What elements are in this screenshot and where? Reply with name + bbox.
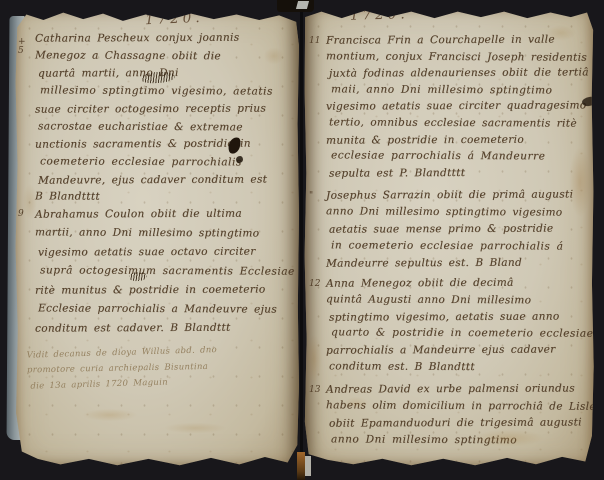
manuscript-line: Mandeuvre, ejus cadaver conditum est — [38, 171, 293, 190]
page-year: 1720. — [145, 10, 204, 29]
book-gutter — [300, 6, 303, 474]
paper-stain — [75, 407, 145, 423]
manuscript-line: tertio, omnibus ecclesiae sacramentis ri… — [329, 114, 590, 132]
page-year: 1720. — [350, 6, 409, 24]
ink-blot — [581, 96, 596, 107]
entry-lines: Francisca Frin a Courchapelle in vallemo… — [326, 32, 590, 181]
entry-lines: Abrahamus Coulon obiit die ultimamartii,… — [35, 205, 293, 338]
manuscript-line: anno Dni millesimo sptingtimo vigesimo — [326, 203, 590, 221]
manuscript-line: Mandeurre sepultus est. B Bland — [326, 254, 590, 272]
register-entry: + 5 Catharina Pescheux conjux joannisMen… — [19, 30, 293, 207]
left-page: 1720. + 5 Catharina Pescheux conjux joan… — [15, 9, 299, 468]
manuscript-line: parrochialis a Mandeurre ejus cadaver — [326, 342, 590, 360]
manuscript-line: montium, conjux Francisci Joseph residen… — [326, 48, 590, 66]
manuscript-line: quarto & postridie in coemeterio ecclesi… — [331, 325, 590, 343]
entry-margin-mark: 12 — [309, 280, 322, 289]
paper-stain — [21, 179, 39, 225]
manuscript-line: juxtà fodinas aldenaurienses obiit die t… — [329, 65, 590, 83]
manuscript-line: obiit Epamanduoduri die trigesimâ august… — [329, 414, 590, 432]
manuscript-line: quintâ Augusti anno Dni millesimo — [326, 291, 590, 309]
manuscript-line: Anna Menegoz obiit die decimâ — [326, 274, 590, 292]
manuscript-line: ecclesiae parrochialis á Mandeurre — [331, 147, 590, 165]
manuscript-line: martii, anno Dni millesimo sptingtimo — [35, 223, 293, 243]
manuscript-line: maii, anno Dni millesimo sptingtimo — [331, 81, 590, 99]
manuscript-line: in coemeterio ecclesiae parrochialis á — [331, 237, 590, 255]
register-entry: 11 Francisca Frin a Courchapelle in vall… — [310, 32, 590, 181]
entry-lines: Anna Menegoz obiit die decimâquintâ Augu… — [326, 275, 590, 376]
manuscript-line: unctionis sacramentis & postridie in — [35, 136, 293, 155]
manuscript-line: suprâ octogesimum sacramentis Ecclesiae — [40, 261, 293, 281]
manuscript-line: Menegoz a Chassagne obiit die — [35, 47, 293, 66]
manuscript-line: sacrostae eucharistiae & extremae — [38, 118, 293, 137]
manuscript-line: sptingtimo vigesimo, aetatis suae anno — [329, 308, 590, 326]
entry-lines: Josephus Sarrazin obiit die primâ august… — [326, 187, 590, 272]
paper-stain — [542, 23, 580, 43]
manuscript-line: conditum est. B Blandttt — [329, 358, 590, 376]
binding-bottom-fragment — [297, 452, 305, 480]
manuscript-line: munita & postridie in coemeterio — [326, 131, 590, 149]
manuscript-line: coemeterio ecclesiae parrochialis — [40, 153, 293, 172]
manuscript-line: ritè munitus & postridie in coemeterio — [35, 280, 293, 300]
binding-bottom-clasp — [305, 456, 311, 476]
right-page: 1720. 11 Francisca Frin a Courchapelle i… — [304, 7, 594, 468]
manuscript-line: Ecclesiae parrochialis a Mandeuvre ejus — [38, 299, 293, 319]
manuscript-line: vigesimo aetatis suae octavo circiter — [38, 242, 293, 262]
manuscript-line: vigesimo aetatis suae circiter quadrages… — [326, 98, 590, 116]
entry-margin-mark: " — [309, 192, 322, 201]
register-entry: " Josephus Sarrazin obiit die primâ augu… — [310, 187, 590, 272]
manuscript-line: suae circiter octogesimo receptis prius — [35, 100, 293, 119]
paper-stain — [304, 327, 324, 391]
entry-lines: Catharina Pescheux conjux joannisMenegoz… — [35, 30, 293, 207]
manuscript-line: Catharina Pescheux conjux joannis — [35, 29, 293, 48]
entry-margin-mark: 11 — [309, 37, 322, 46]
book-scan: 1720. + 5 Catharina Pescheux conjux joan… — [0, 0, 604, 480]
manuscript-line: aetatis suae mense primo & postridie — [329, 220, 590, 238]
manuscript-line: conditum est cadaver. B Blandttt — [35, 318, 293, 338]
register-entry: 9 Abrahamus Coulon obiit die ultimamarti… — [19, 205, 293, 338]
paper-stain — [261, 45, 287, 67]
binding-top-clasp — [296, 1, 309, 9]
paper-stain — [340, 395, 372, 411]
manuscript-line: Josephus Sarrazin obiit die primâ august… — [326, 186, 590, 204]
manuscript-line: millesimo sptingtimo vigesimo, aetatis — [40, 82, 293, 101]
visa-note: Vidit decanus de dioya Willus abd. dnopr… — [26, 342, 277, 395]
register-entry: 12 Anna Menegoz obiit die decimâquintâ A… — [310, 275, 590, 376]
manuscript-line: Abrahamus Coulon obiit die ultima — [35, 204, 293, 224]
paper-stain — [464, 427, 554, 449]
manuscript-line: sepulta est P. Blandtttt — [329, 164, 590, 182]
paper-stain — [566, 137, 594, 227]
entry-margin-mark: + 5 — [18, 38, 31, 56]
paper-stain — [155, 421, 235, 435]
